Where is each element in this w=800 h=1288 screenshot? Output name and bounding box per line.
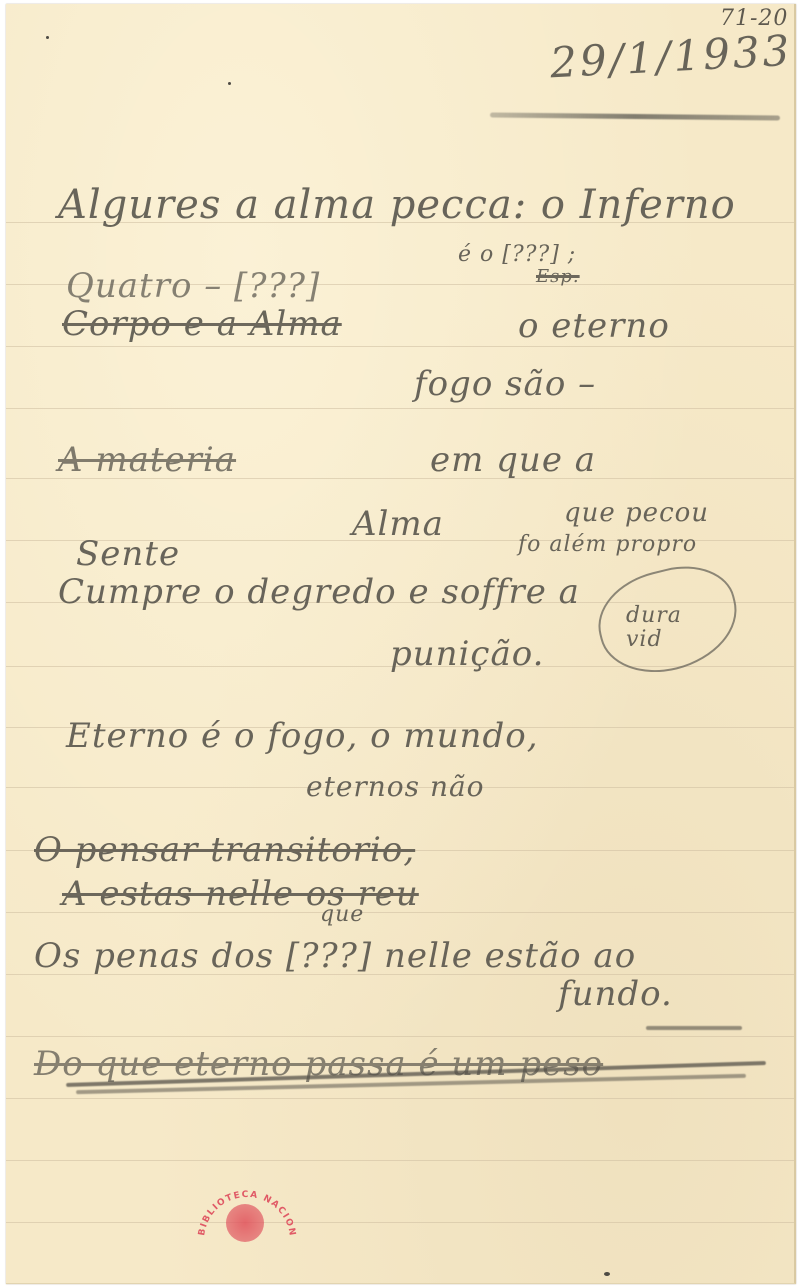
ruled-line	[6, 1098, 794, 1099]
cross-out-scribble	[646, 1026, 742, 1030]
insert-que: que	[320, 902, 364, 927]
line-7: Eterno é o fogo, o mundo,	[66, 716, 539, 756]
line-12: fundo.	[558, 974, 673, 1014]
line-2: o eterno	[518, 306, 670, 346]
ruled-line	[6, 1160, 794, 1161]
line-10-struck: A estas nelle os reu	[62, 874, 419, 914]
line-5: Cumpre o degredo e soffre a	[58, 572, 580, 612]
ruled-line	[6, 408, 794, 409]
date-underline	[490, 112, 780, 120]
interlinear-insert: é o [???] ;	[458, 242, 576, 267]
line-6: punição.	[390, 634, 544, 674]
line-4: em que a	[430, 440, 596, 480]
line-4-struck: A materia	[58, 440, 236, 480]
stamp-seal	[226, 1204, 264, 1242]
line-1: Algures a alma pecca: o Inferno	[58, 182, 736, 228]
library-stamp: BIBLIOTECA NACIONAL	[192, 1174, 302, 1254]
circled-variant-text: dura vid	[626, 604, 696, 652]
struck-overwrite: Quatro – [???]	[66, 266, 320, 306]
date: 29/1/1933	[549, 26, 794, 88]
ruled-line	[6, 1222, 794, 1223]
line-3: fogo são –	[414, 364, 596, 404]
ruled-line	[6, 346, 794, 347]
line-11: Os penas dos [???] nelle estão ao	[34, 936, 636, 976]
line-2-struck: Corpo e a Alma	[62, 304, 342, 344]
struck-insert: Esp.	[536, 266, 580, 287]
manuscript-page: 71-20 29/1/1933 Algures a alma pecca: o …	[6, 4, 796, 1284]
ink-speck	[46, 36, 49, 39]
insert-alem-proprio: fo além propro	[518, 532, 697, 557]
line-9-struck: O pensar transitorio,	[34, 830, 415, 870]
ink-speck	[228, 82, 231, 85]
insert-que-pecou: que pecou	[564, 498, 709, 528]
insert-sente: Sente	[76, 534, 180, 574]
insert-alma: Alma	[352, 504, 444, 544]
line-8: eternos não	[306, 770, 485, 803]
ruled-line	[6, 1036, 794, 1037]
ink-speck	[604, 1272, 610, 1276]
